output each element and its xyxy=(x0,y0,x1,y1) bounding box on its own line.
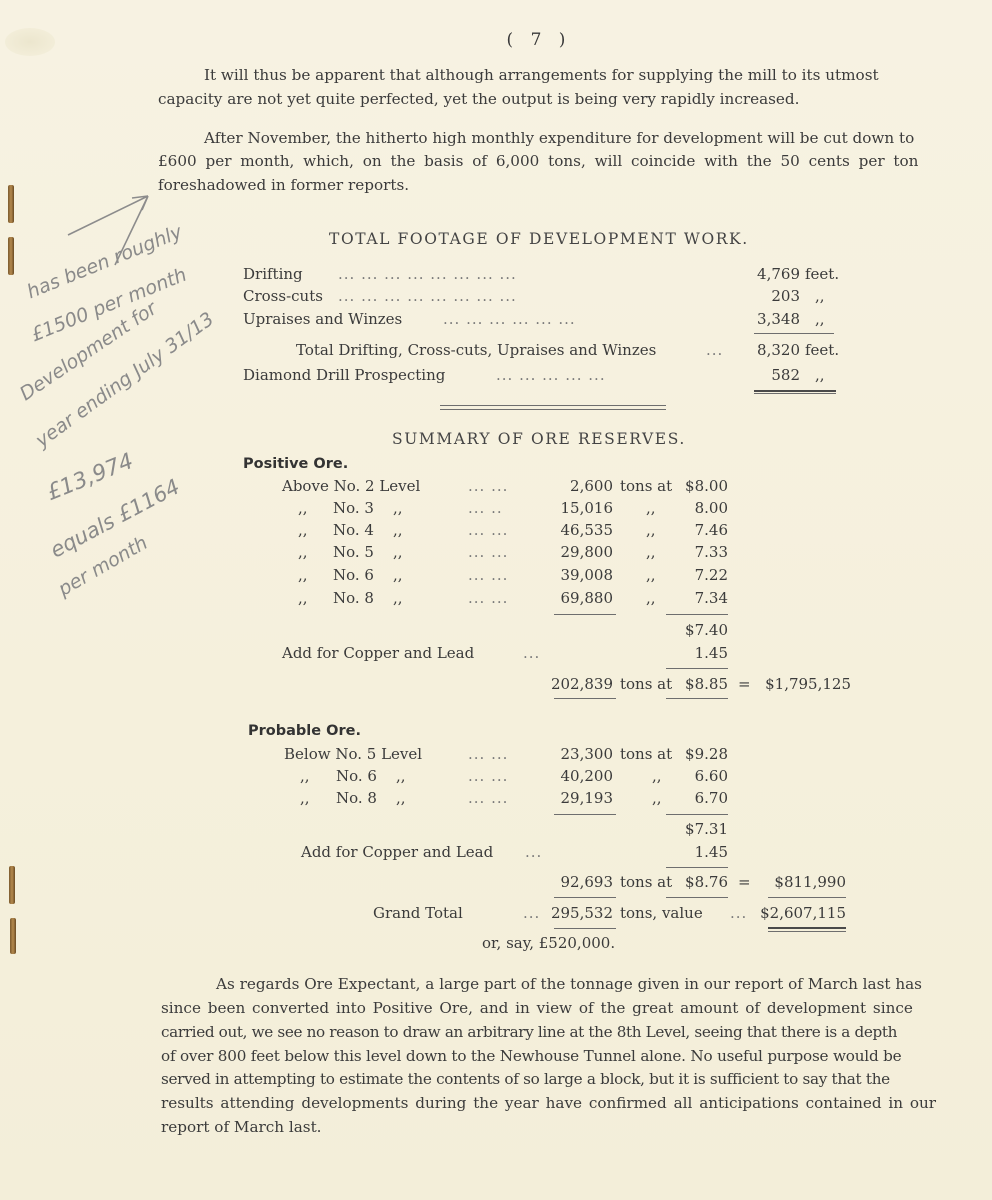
leader-dots: ... .. xyxy=(468,499,503,517)
section-separator xyxy=(440,405,666,406)
grand-total-tons: 295,532 xyxy=(551,904,613,922)
tons-value: 15,016 xyxy=(561,499,614,517)
row-value: 203 xyxy=(771,287,800,305)
ditto-mark: ,, xyxy=(300,767,310,785)
leader-dots: ... xyxy=(525,843,542,861)
row-label: No. 6 xyxy=(333,566,374,584)
text-line: carried out, we see no reason to draw an… xyxy=(161,1021,897,1045)
ditto-mark: ,, xyxy=(646,543,656,561)
tons-at-label: tons at xyxy=(620,873,672,891)
total-double-rule xyxy=(754,390,836,392)
ditto-mark: ,, xyxy=(300,789,310,807)
positive-ore-row: ,, No. 4 ,, ... ... 46,535 ,, 7.46 xyxy=(0,521,992,543)
rate-value: 6.60 xyxy=(695,767,728,785)
text-line: foreshadowed in former reports. xyxy=(158,174,918,198)
row-label: Cross-cuts xyxy=(243,287,323,305)
row-label: No. 8 xyxy=(333,589,374,607)
leader-dots: ... xyxy=(706,341,723,359)
total-value: $1,795,125 xyxy=(765,675,851,693)
equals-sign: = xyxy=(738,873,751,891)
footage-title: TOTAL FOOTAGE OF DEVELOPMENT WORK. xyxy=(329,230,749,248)
leader-dots: ... ... xyxy=(468,767,508,785)
leader-dots: ... ... xyxy=(468,521,508,539)
row-label: No. 5 xyxy=(333,543,374,561)
ditto-mark: ,, xyxy=(396,767,406,785)
tons-value: 92,693 xyxy=(561,873,614,891)
ditto-mark: ,, xyxy=(646,566,656,584)
probable-total-row: 92,693 tons at $8.76 = $811,990 xyxy=(0,873,992,895)
tons-at-label: tons at xyxy=(620,675,672,693)
text-line: capacity are not yet quite perfected, ye… xyxy=(158,88,799,112)
ditto-mark: ,, xyxy=(393,543,403,561)
section-separator xyxy=(440,409,666,410)
row-label: Below No. 5 Level xyxy=(284,745,422,763)
rate-value: 7.22 xyxy=(695,566,728,584)
rate-value: 6.70 xyxy=(695,789,728,807)
paragraph-expenditure-cont: £600 per month, which, on the basis of 6… xyxy=(158,150,918,197)
row-value: 3,348 xyxy=(757,310,800,328)
ditto-mark: ,, xyxy=(393,499,403,517)
paragraph-output: It will thus be apparent that although a… xyxy=(204,64,879,88)
ditto-mark: ,, xyxy=(393,521,403,539)
ditto-mark: ,, xyxy=(393,589,403,607)
total-value: $811,990 xyxy=(774,873,846,891)
ditto-mark: ,, xyxy=(298,589,308,607)
row-unit: feet. xyxy=(805,265,839,283)
tons-at-label: tons at xyxy=(620,745,672,763)
rate-value: $8.85 xyxy=(685,675,728,693)
leader-dots: ... ... xyxy=(468,543,508,561)
row-unit: feet. xyxy=(805,341,839,359)
row-label: No. 6 xyxy=(336,767,377,785)
row-label: No. 8 xyxy=(336,789,377,807)
row-label: Add for Copper and Lead xyxy=(301,843,493,861)
grand-total-double-rule xyxy=(768,931,846,932)
text-line: served in attempting to estimate the con… xyxy=(161,1068,890,1092)
tons-value-label: tons, value xyxy=(620,904,703,922)
text-line: of over 800 feet below this level down t… xyxy=(161,1045,901,1069)
tons-value: 202,839 xyxy=(551,675,613,693)
ditto-mark: ,, xyxy=(646,589,656,607)
row-label: No. 4 xyxy=(333,521,374,539)
rate-value: 8.00 xyxy=(695,499,728,517)
row-label: Grand Total xyxy=(373,904,463,922)
leader-dots: ... ... xyxy=(468,589,508,607)
tons-value: 23,300 xyxy=(561,745,614,763)
rate-value: 7.46 xyxy=(695,521,728,539)
row-value: 4,769 xyxy=(757,265,800,283)
row-value: 8,320 xyxy=(757,341,800,359)
tons-value: 29,800 xyxy=(561,543,614,561)
page-number: ( 7 ) xyxy=(0,30,992,50)
grand-total-value: $2,607,115 xyxy=(760,904,846,922)
paragraph-output-cont: capacity are not yet quite perfected, ye… xyxy=(158,88,799,112)
ditto-mark: ,, xyxy=(652,789,662,807)
add-value: 1.45 xyxy=(695,843,728,861)
staple-mark xyxy=(8,185,14,223)
ditto-mark: ,, xyxy=(298,566,308,584)
text-line: report of March last. xyxy=(161,1116,322,1140)
total-double-rule xyxy=(754,393,836,394)
row-label: Above No. 2 Level xyxy=(282,477,420,495)
row-value: 582 xyxy=(771,366,800,384)
leader-dots: ... xyxy=(523,644,540,662)
subtotal-rule xyxy=(554,614,616,615)
leader-dots: ... ... xyxy=(468,477,508,495)
leader-dots: ... ... xyxy=(468,566,508,584)
grand-total-row: Grand Total ... 295,532 tons, value ... … xyxy=(0,904,992,926)
tons-value: 39,008 xyxy=(561,566,614,584)
leader-dots: ... ... xyxy=(468,745,508,763)
leader-dots: ... xyxy=(730,904,747,922)
leader-dots: ... ... xyxy=(468,789,508,807)
ore-reserves-title: SUMMARY OF ORE RESERVES. xyxy=(392,430,686,448)
paragraph-expenditure: After November, the hitherto high monthl… xyxy=(204,127,914,151)
positive-average-row: $7.40 xyxy=(0,621,992,643)
row-label: Add for Copper and Lead xyxy=(282,644,474,662)
subtotal-rule xyxy=(754,333,834,334)
rate-value: $8.76 xyxy=(685,873,728,891)
text-line: £600 per month, which, on the basis of 6… xyxy=(158,150,918,174)
subtotal-rule xyxy=(666,867,728,868)
text-line: After November, the hitherto high monthl… xyxy=(204,127,914,151)
subtotal-rule xyxy=(554,814,616,815)
add-value: 1.45 xyxy=(695,644,728,662)
text-line: It will thus be apparent that although a… xyxy=(204,64,879,88)
ditto-mark: ,, xyxy=(646,499,656,517)
leader-dots: ... ... ... ... ... ... ... ... xyxy=(338,265,517,283)
positive-ore-row: ,, No. 6 ,, ... ... 39,008 ,, 7.22 xyxy=(0,566,992,588)
leader-dots: ... ... ... ... ... xyxy=(496,366,606,384)
tons-value: 40,200 xyxy=(561,767,614,785)
probable-ore-row: Below No. 5 Level ... ... 23,300 tons at… xyxy=(0,745,992,767)
rate-value: $8.00 xyxy=(685,477,728,495)
ditto-mark: ,, xyxy=(298,499,308,517)
total-rule xyxy=(768,897,846,898)
equals-sign: = xyxy=(738,675,751,693)
probable-add-row: Add for Copper and Lead ... 1.45 xyxy=(0,843,992,865)
sterling-equivalent: or, say, £520,000. xyxy=(482,934,615,956)
average-rate: $7.31 xyxy=(685,820,728,838)
text-line: As regards Ore Expectant, a large part o… xyxy=(216,973,922,997)
tons-value: 69,880 xyxy=(561,589,614,607)
row-label: No. 3 xyxy=(333,499,374,517)
positive-ore-row: ,, No. 8 ,, ... ... 69,880 ,, 7.34 xyxy=(0,589,992,611)
ditto-mark: ,, xyxy=(393,566,403,584)
positive-add-row: Add for Copper and Lead ... 1.45 xyxy=(0,644,992,666)
subtotal-rule xyxy=(666,668,728,669)
total-rule xyxy=(554,928,616,929)
ditto-mark: ,, xyxy=(396,789,406,807)
ditto-mark: ,, xyxy=(646,521,656,539)
row-unit: ,, xyxy=(815,287,825,305)
row-label: Diamond Drill Prospecting xyxy=(243,366,445,384)
text-line: since been converted into Positive Ore, … xyxy=(161,997,913,1021)
ditto-mark: ,, xyxy=(298,521,308,539)
ditto-mark: ,, xyxy=(652,767,662,785)
tons-value: 29,193 xyxy=(561,789,614,807)
tons-value: 2,600 xyxy=(570,477,613,495)
rate-value: 7.33 xyxy=(695,543,728,561)
grand-total-double-rule xyxy=(768,927,846,929)
tons-at-label: tons at xyxy=(620,477,672,495)
tons-value: 46,535 xyxy=(561,521,614,539)
rate-value: $9.28 xyxy=(685,745,728,763)
average-rate: $7.40 xyxy=(685,621,728,639)
total-rule xyxy=(554,897,616,898)
text-line: results attending developments during th… xyxy=(161,1092,936,1116)
row-unit: ,, xyxy=(815,310,825,328)
total-rule xyxy=(554,698,616,699)
leader-dots: ... ... ... ... ... ... ... ... xyxy=(338,287,517,305)
probable-average-row: $7.31 xyxy=(0,820,992,842)
row-unit: ,, xyxy=(815,366,825,384)
probable-ore-row: ,, No. 8 ,, ... ... 29,193 ,, 6.70 xyxy=(0,789,992,811)
leader-dots: ... ... ... ... ... ... xyxy=(443,310,576,328)
row-label: Upraises and Winzes xyxy=(243,310,402,328)
subtotal-rule xyxy=(666,614,728,615)
total-rule xyxy=(666,897,728,898)
probable-ore-row: ,, No. 6 ,, ... ... 40,200 ,, 6.60 xyxy=(0,767,992,789)
positive-total-row: 202,839 tons at $8.85 = $1,795,125 xyxy=(0,675,992,697)
total-rule xyxy=(666,698,728,699)
positive-ore-heading: Positive Ore. xyxy=(243,456,348,472)
document-page: ( 7 ) It will thus be apparent that alth… xyxy=(0,0,992,1200)
subtotal-rule xyxy=(666,814,728,815)
row-label: Total Drifting, Cross-cuts, Upraises and… xyxy=(296,341,656,359)
ditto-mark: ,, xyxy=(298,543,308,561)
leader-dots: ... xyxy=(523,904,540,922)
row-label: Drifting xyxy=(243,265,303,283)
probable-ore-heading: Probable Ore. xyxy=(248,723,361,739)
rate-value: 7.34 xyxy=(695,589,728,607)
